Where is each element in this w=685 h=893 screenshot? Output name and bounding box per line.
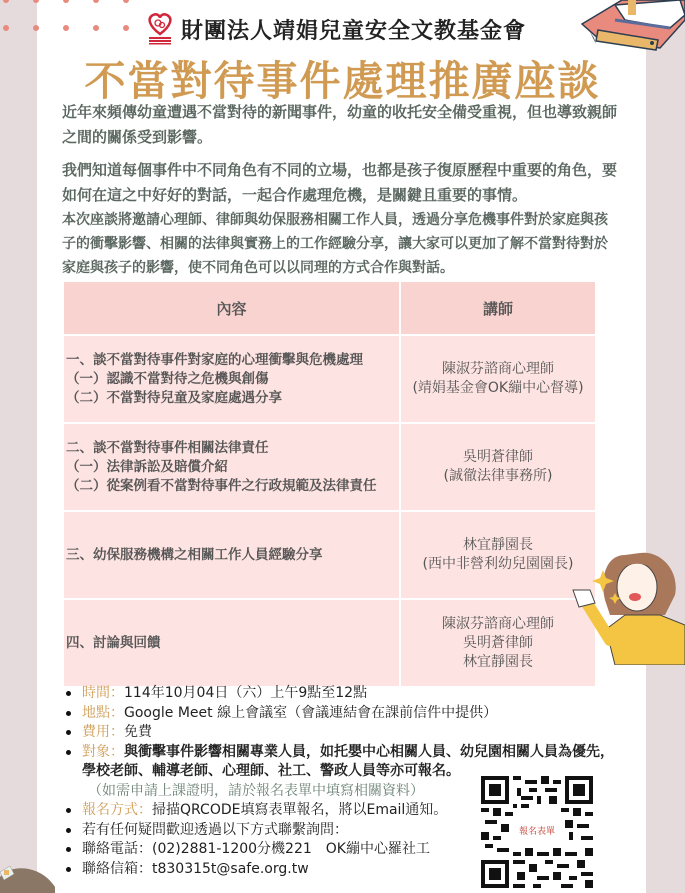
agenda-speaker: 吳明蒼律師 (誠徹法律事務所) <box>401 424 595 510</box>
agenda-speaker: 陳淑芬諮商心理師 (靖娟基金會OK繃中心督導) <box>401 336 595 422</box>
agenda-table: 內容 講師 一、談不當對待事件對家庭的心理衝擊與危機處理 （一）認識不當對待之危… <box>62 280 597 688</box>
table-header-row: 內容 講師 <box>64 282 595 334</box>
intro-section: 近年來頻傳幼童遭遇不當對待的新聞事件，幼童的收托安全備受重視，但也導致親師之間的… <box>62 100 617 280</box>
organization-header: 財團法人靖娟兒童安全文教基金會 <box>145 12 526 46</box>
agenda-content: 二、談不當對待事件相關法律責任 （一）法律訴訟及賠償介紹 （二）從案例看不當對待… <box>64 424 399 510</box>
info-fee: 費用：免費 <box>66 723 646 743</box>
woman-presenting-illustration <box>565 545 685 665</box>
books-illustration <box>570 0 685 55</box>
table-row: 一、談不當對待事件對家庭的心理衝擊與危機處理 （一）認識不當對待之危機與創傷 （… <box>64 336 595 422</box>
agenda-content: 一、談不當對待事件對家庭的心理衝擊與危機處理 （一）認識不當對待之危機與創傷 （… <box>64 336 399 422</box>
intro-paragraph-2: 我們知道每個事件中不同角色有不同的立場，也都是孩子復原歷程中重要的角色，要如何在… <box>62 158 617 208</box>
intro-paragraph-1: 近年來頻傳幼童遭遇不當對待的新聞事件，幼童的收托安全備受重視，但也導致親師之間的… <box>62 100 617 150</box>
intro-paragraph-3: 本次座談將邀請心理師、律師與幼保服務相關工作人員，透過分享危機事件對於家庭與孩子… <box>62 208 617 280</box>
info-audience: 對象：與衝擊事件影響相關專業人員，如托嬰中心相關人員、幼兒園相關人員為優先， <box>66 743 646 763</box>
table-row: 二、談不當對待事件相關法律責任 （一）法律訴訟及賠償介紹 （二）從案例看不當對待… <box>64 424 595 510</box>
foundation-logo <box>145 12 175 46</box>
table-row: 四、討論與回饋 陳淑芬諮商心理師 吳明蒼律師 林宜靜園長 <box>64 600 595 686</box>
child-illustration <box>0 862 55 893</box>
header-content: 內容 <box>64 282 399 334</box>
qr-label: 報名表單 <box>513 822 561 842</box>
info-place: 地點：Google Meet 線上會議室（會議連結會在課前信件中提供） <box>66 704 646 724</box>
organization-name: 財團法人靖娟兒童安全文教基金會 <box>181 14 526 45</box>
registration-qr-code[interactable]: 報名表單 <box>481 776 593 888</box>
table-row: 三、幼保服務機構之相關工作人員經驗分享 林宜靜園長 (西中非營利幼兒園園長) <box>64 512 595 598</box>
agenda-content: 三、幼保服務機構之相關工作人員經驗分享 <box>64 512 399 598</box>
header-speaker: 講師 <box>401 282 595 334</box>
page-title: 不當對待事件處理推廣座談 <box>0 48 685 107</box>
agenda-content: 四、討論與回饋 <box>64 600 399 686</box>
info-time: 時間：114年10月04日（六）上午9點至12點 <box>66 684 646 704</box>
